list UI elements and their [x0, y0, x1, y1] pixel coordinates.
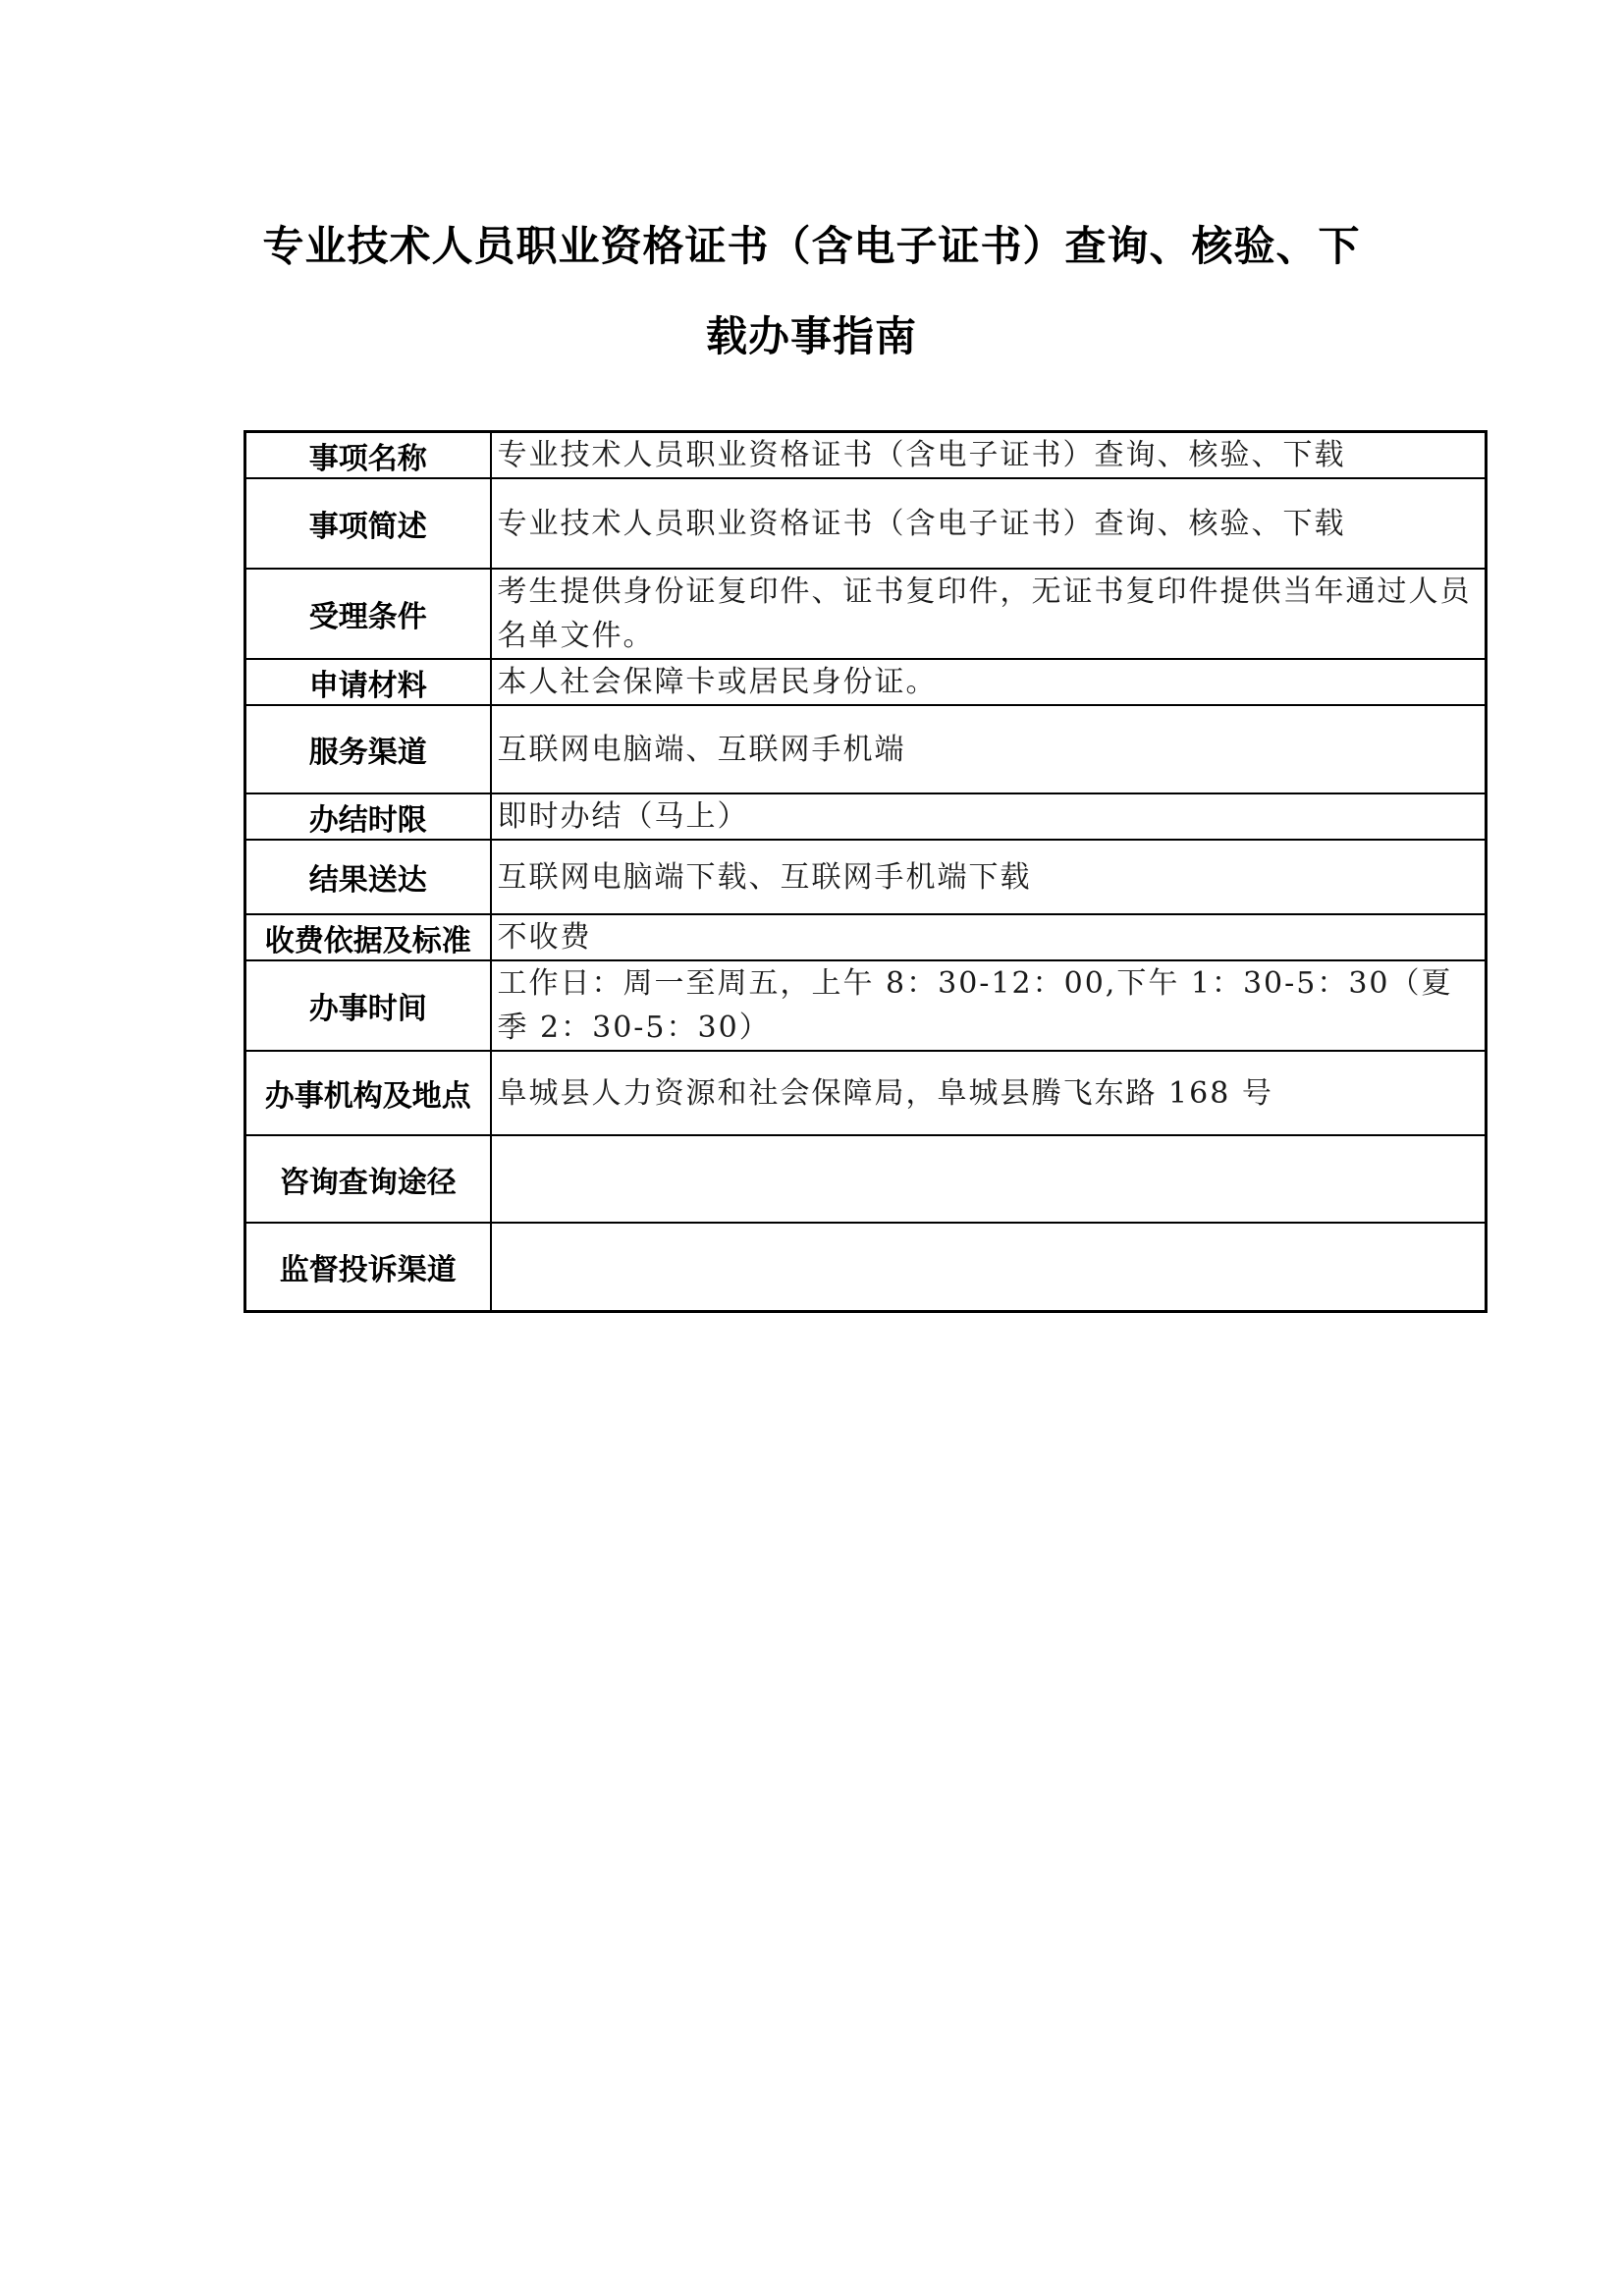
- row-label: 办事时间: [245, 960, 491, 1051]
- row-value: 阜城县人力资源和社会保障局，阜城县腾飞东路 168 号: [491, 1051, 1487, 1135]
- document-page: 专业技术人员职业资格证书（含电子证书）查询、核验、下 载办事指南 事项名称 专业…: [0, 0, 1623, 2296]
- row-value: 互联网电脑端、互联网手机端: [491, 705, 1487, 793]
- row-label: 咨询查询途径: [245, 1135, 491, 1223]
- table-row: 办事机构及地点 阜城县人力资源和社会保障局，阜城县腾飞东路 168 号: [245, 1051, 1487, 1135]
- service-guide-table: 事项名称 专业技术人员职业资格证书（含电子证书）查询、核验、下载 事项简述 专业…: [243, 430, 1488, 1313]
- table-row: 结果送达 互联网电脑端下载、互联网手机端下载: [245, 840, 1487, 914]
- document-title-line2: 载办事指南: [0, 292, 1623, 382]
- table-row: 办结时限 即时办结（马上）: [245, 793, 1487, 840]
- document-title-line1: 专业技术人员职业资格证书（含电子证书）查询、核验、下: [0, 201, 1623, 292]
- table-row: 咨询查询途径: [245, 1135, 1487, 1223]
- row-value: [491, 1223, 1487, 1311]
- table-row: 办事时间 工作日：周一至周五，上午 8：30-12：00,下午 1：30-5：3…: [245, 960, 1487, 1051]
- row-value: 互联网电脑端下载、互联网手机端下载: [491, 840, 1487, 914]
- row-value: 本人社会保障卡或居民身份证。: [491, 659, 1487, 705]
- table-row: 服务渠道 互联网电脑端、互联网手机端: [245, 705, 1487, 793]
- table-row: 申请材料 本人社会保障卡或居民身份证。: [245, 659, 1487, 705]
- row-label: 受理条件: [245, 569, 491, 659]
- row-label: 事项简述: [245, 478, 491, 569]
- row-value: 即时办结（马上）: [491, 793, 1487, 840]
- table-row: 监督投诉渠道: [245, 1223, 1487, 1311]
- row-value: 专业技术人员职业资格证书（含电子证书）查询、核验、下载: [491, 478, 1487, 569]
- row-label: 结果送达: [245, 840, 491, 914]
- row-label: 服务渠道: [245, 705, 491, 793]
- table-row: 事项简述 专业技术人员职业资格证书（含电子证书）查询、核验、下载: [245, 478, 1487, 569]
- document-title: 专业技术人员职业资格证书（含电子证书）查询、核验、下 载办事指南: [0, 201, 1623, 382]
- row-label: 事项名称: [245, 432, 491, 479]
- row-label: 办事机构及地点: [245, 1051, 491, 1135]
- table-row: 受理条件 考生提供身份证复印件、证书复印件，无证书复印件提供当年通过人员名单文件…: [245, 569, 1487, 659]
- table-row: 收费依据及标准 不收费: [245, 914, 1487, 960]
- row-value: 考生提供身份证复印件、证书复印件，无证书复印件提供当年通过人员名单文件。: [491, 569, 1487, 659]
- row-value: 专业技术人员职业资格证书（含电子证书）查询、核验、下载: [491, 432, 1487, 479]
- row-value: 不收费: [491, 914, 1487, 960]
- row-label: 监督投诉渠道: [245, 1223, 491, 1311]
- row-label: 申请材料: [245, 659, 491, 705]
- row-label: 办结时限: [245, 793, 491, 840]
- table-row: 事项名称 专业技术人员职业资格证书（含电子证书）查询、核验、下载: [245, 432, 1487, 479]
- row-value: 工作日：周一至周五，上午 8：30-12：00,下午 1：30-5：30（夏季 …: [491, 960, 1487, 1051]
- row-label: 收费依据及标准: [245, 914, 491, 960]
- row-value: [491, 1135, 1487, 1223]
